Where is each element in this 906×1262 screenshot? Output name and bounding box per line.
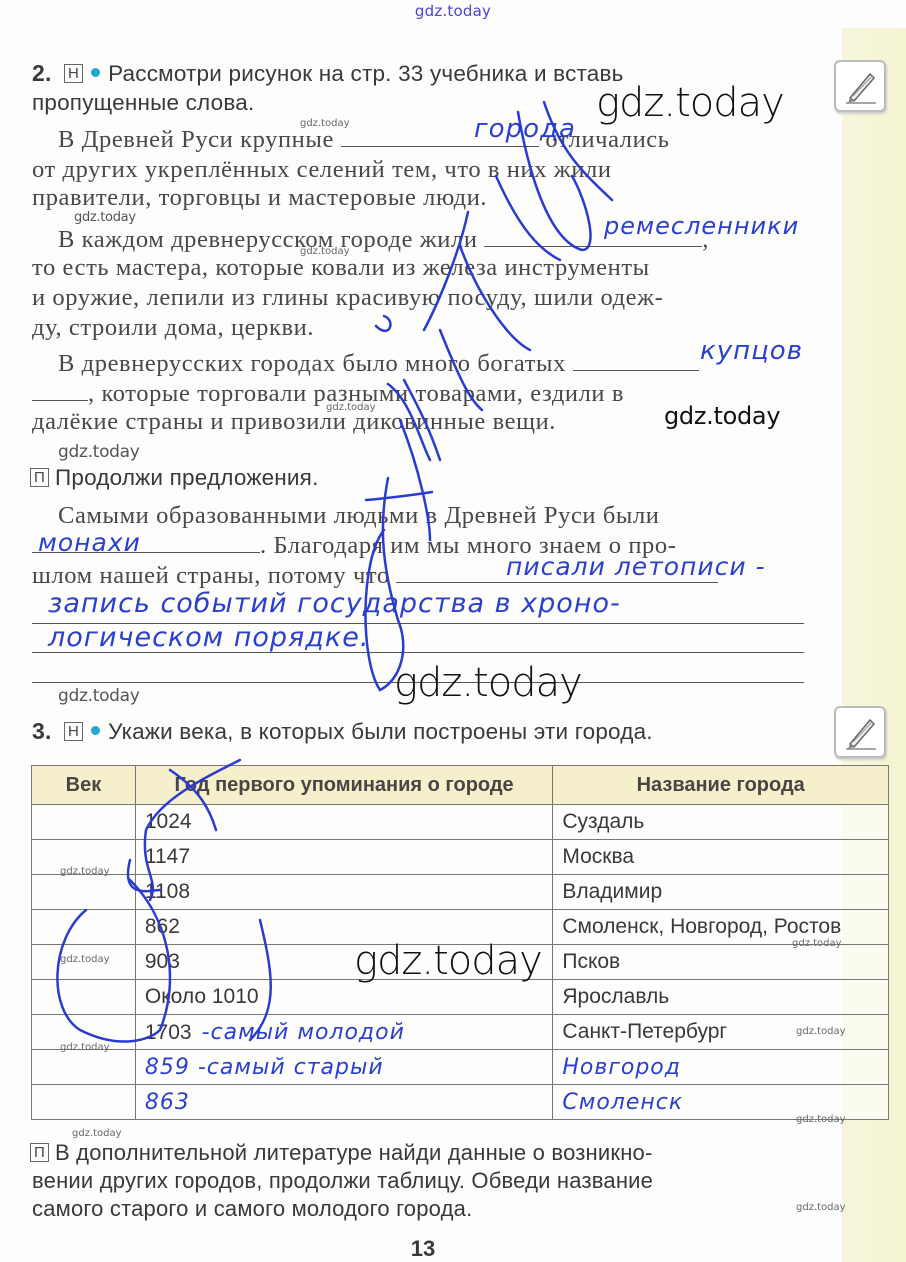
handwritten-answer: писали летописи - bbox=[506, 552, 766, 581]
watermark: gdz.today bbox=[596, 80, 784, 126]
city-value: Владимир bbox=[562, 880, 662, 903]
paragraph3-line1: В древнерусских городах было много богат… bbox=[58, 350, 699, 378]
watermark: gdz.today bbox=[664, 402, 780, 430]
century-cell[interactable] bbox=[32, 1085, 136, 1120]
table-row: 1108Владимир bbox=[32, 875, 889, 910]
pencil-icon bbox=[834, 706, 886, 758]
table-row: 859 -самый старыйНовгород bbox=[32, 1050, 889, 1085]
paragraph2-line3: и оружие, лепили из глины красивую посуд… bbox=[32, 284, 663, 312]
year-value: 859 -самый старый bbox=[145, 1055, 384, 1080]
century-cell[interactable] bbox=[32, 875, 136, 910]
year-value: 1024 bbox=[145, 810, 192, 833]
year-cell: 1024 bbox=[135, 805, 553, 840]
page-number: 13 bbox=[0, 1236, 846, 1262]
watermark: gdz.today bbox=[796, 1114, 846, 1125]
paragraph1-line3: правители, торговцы и мастеровые люди. bbox=[32, 184, 487, 212]
paragraph2-line4: ду, строили дома, церкви. bbox=[32, 314, 314, 342]
city-value: Суздаль bbox=[562, 810, 644, 833]
paragraph1-line1: В Древней Руси крупные отличались bbox=[58, 126, 670, 154]
subtask-badge: П bbox=[30, 468, 49, 487]
paragraph2-line2: то есть мастера, которые ковали из желез… bbox=[32, 254, 650, 282]
year-value: 903 bbox=[145, 950, 180, 973]
year-cell: 1703-самый молодой bbox=[135, 1015, 553, 1050]
year-cell[interactable]: 863 bbox=[135, 1085, 553, 1120]
watermark-top: gdz.today bbox=[0, 2, 906, 20]
handwritten-answer: купцов bbox=[700, 336, 803, 366]
task3-subtask-line2: вении других городов, продолжи таблицу. … bbox=[32, 1168, 653, 1194]
task2-instruction: 2. НРассмотри рисунок на стр. 33 учебник… bbox=[32, 60, 624, 87]
watermark: gdz.today bbox=[58, 442, 140, 462]
city-cell: Ярославль bbox=[553, 980, 889, 1015]
handwritten-answer: логическом порядке. bbox=[48, 622, 369, 653]
task3-instruction: 3. НУкажи века, в которых были построены… bbox=[32, 718, 653, 745]
city-value: Санкт-Петербург bbox=[562, 1020, 727, 1043]
header-century: Век bbox=[32, 766, 136, 805]
level-badge: Н bbox=[64, 64, 83, 83]
watermark: gdz.today bbox=[394, 660, 582, 706]
year-value: Около 1010 bbox=[145, 985, 259, 1008]
watermark: gdz.today bbox=[796, 1026, 846, 1037]
watermark: gdz.today bbox=[74, 210, 136, 225]
city-cell: Москва bbox=[553, 840, 889, 875]
watermark: gdz.today bbox=[58, 686, 140, 706]
subtask-badge: П bbox=[30, 1143, 49, 1162]
year-value: 1108 bbox=[145, 880, 190, 903]
city-cell: Псков bbox=[553, 945, 889, 980]
year-cell: 1147 bbox=[135, 840, 553, 875]
watermark: gdz.today bbox=[60, 1042, 110, 1053]
watermark: gdz.today bbox=[60, 866, 110, 877]
subtask-line1: Самыми образованными людьми в Древней Ру… bbox=[58, 502, 660, 530]
watermark: gdz.today bbox=[792, 938, 842, 949]
year-cell: Около 1010 bbox=[135, 980, 553, 1015]
city-cell: Суздаль bbox=[553, 805, 889, 840]
city-value: Смоленск, Новгород, Ростов bbox=[562, 915, 841, 938]
task2-instruction-cont: пропущенные слова. bbox=[32, 90, 254, 116]
table-row: 1703-самый молодойСанкт-Петербург bbox=[32, 1015, 889, 1050]
city-value: Смоленск bbox=[562, 1090, 683, 1115]
city-value: Псков bbox=[562, 950, 620, 973]
table-row: 1024Суздаль bbox=[32, 805, 889, 840]
table-header-row: Век Год первого упоминания о городе Назв… bbox=[32, 766, 889, 805]
watermark: gdz.today bbox=[354, 938, 542, 984]
handwritten-answer: города bbox=[474, 114, 576, 144]
handwritten-answer: запись событий государства в хроно- bbox=[48, 588, 621, 619]
table-row: Около 1010Ярославль bbox=[32, 980, 889, 1015]
century-cell[interactable] bbox=[32, 805, 136, 840]
watermark: gdz.today bbox=[796, 1202, 846, 1213]
century-cell[interactable] bbox=[32, 910, 136, 945]
handwritten-answer: ремесленники bbox=[604, 212, 799, 240]
subtask-instruction: ППродолжи предложения. bbox=[30, 465, 319, 491]
header-city: Название города bbox=[553, 766, 889, 805]
bullet-icon bbox=[91, 68, 100, 77]
answer-field-kuptsov[interactable] bbox=[573, 352, 699, 371]
city-value: Москва bbox=[562, 845, 634, 868]
bullet-icon bbox=[91, 726, 100, 735]
year-value: 862 bbox=[145, 915, 180, 938]
task3-subtask-line3: самого старого и самого молодого города. bbox=[32, 1196, 472, 1222]
table-row: 1147Москва bbox=[32, 840, 889, 875]
watermark: gdz.today bbox=[72, 1128, 122, 1139]
year-value: 1147 bbox=[145, 845, 190, 868]
header-year: Год первого упоминания о городе bbox=[135, 766, 553, 805]
paragraph1-line2: от других укреплённых селений тем, что в… bbox=[32, 156, 612, 184]
watermark: gdz.today bbox=[60, 954, 110, 965]
handwritten-answer: монахи bbox=[38, 528, 141, 557]
task3-number: 3. bbox=[32, 718, 52, 744]
year-cell: 1108 bbox=[135, 875, 553, 910]
pencil-icon bbox=[834, 60, 886, 112]
city-value: Новгород bbox=[562, 1055, 681, 1080]
century-cell[interactable] bbox=[32, 980, 136, 1015]
century-cell[interactable] bbox=[32, 1050, 136, 1085]
city-value: Ярославль bbox=[562, 985, 669, 1008]
paragraph3-line3: далёкие страны и привозили диковинные ве… bbox=[32, 408, 556, 436]
city-cell: Владимир bbox=[553, 875, 889, 910]
answer-field-cont[interactable] bbox=[32, 382, 88, 401]
year-value: 863 bbox=[145, 1090, 190, 1115]
year-cell[interactable]: 859 -самый старый bbox=[135, 1050, 553, 1085]
handwritten-note: -самый молодой bbox=[202, 1020, 405, 1045]
city-cell[interactable]: Новгород bbox=[553, 1050, 889, 1085]
task3-subtask-line1: ПВ дополнительной литературе найди данны… bbox=[30, 1140, 653, 1166]
table-row: 863Смоленск bbox=[32, 1085, 889, 1120]
year-value: 1703 bbox=[145, 1021, 192, 1044]
level-badge: Н bbox=[64, 722, 83, 741]
task2-number: 2. bbox=[32, 60, 52, 86]
